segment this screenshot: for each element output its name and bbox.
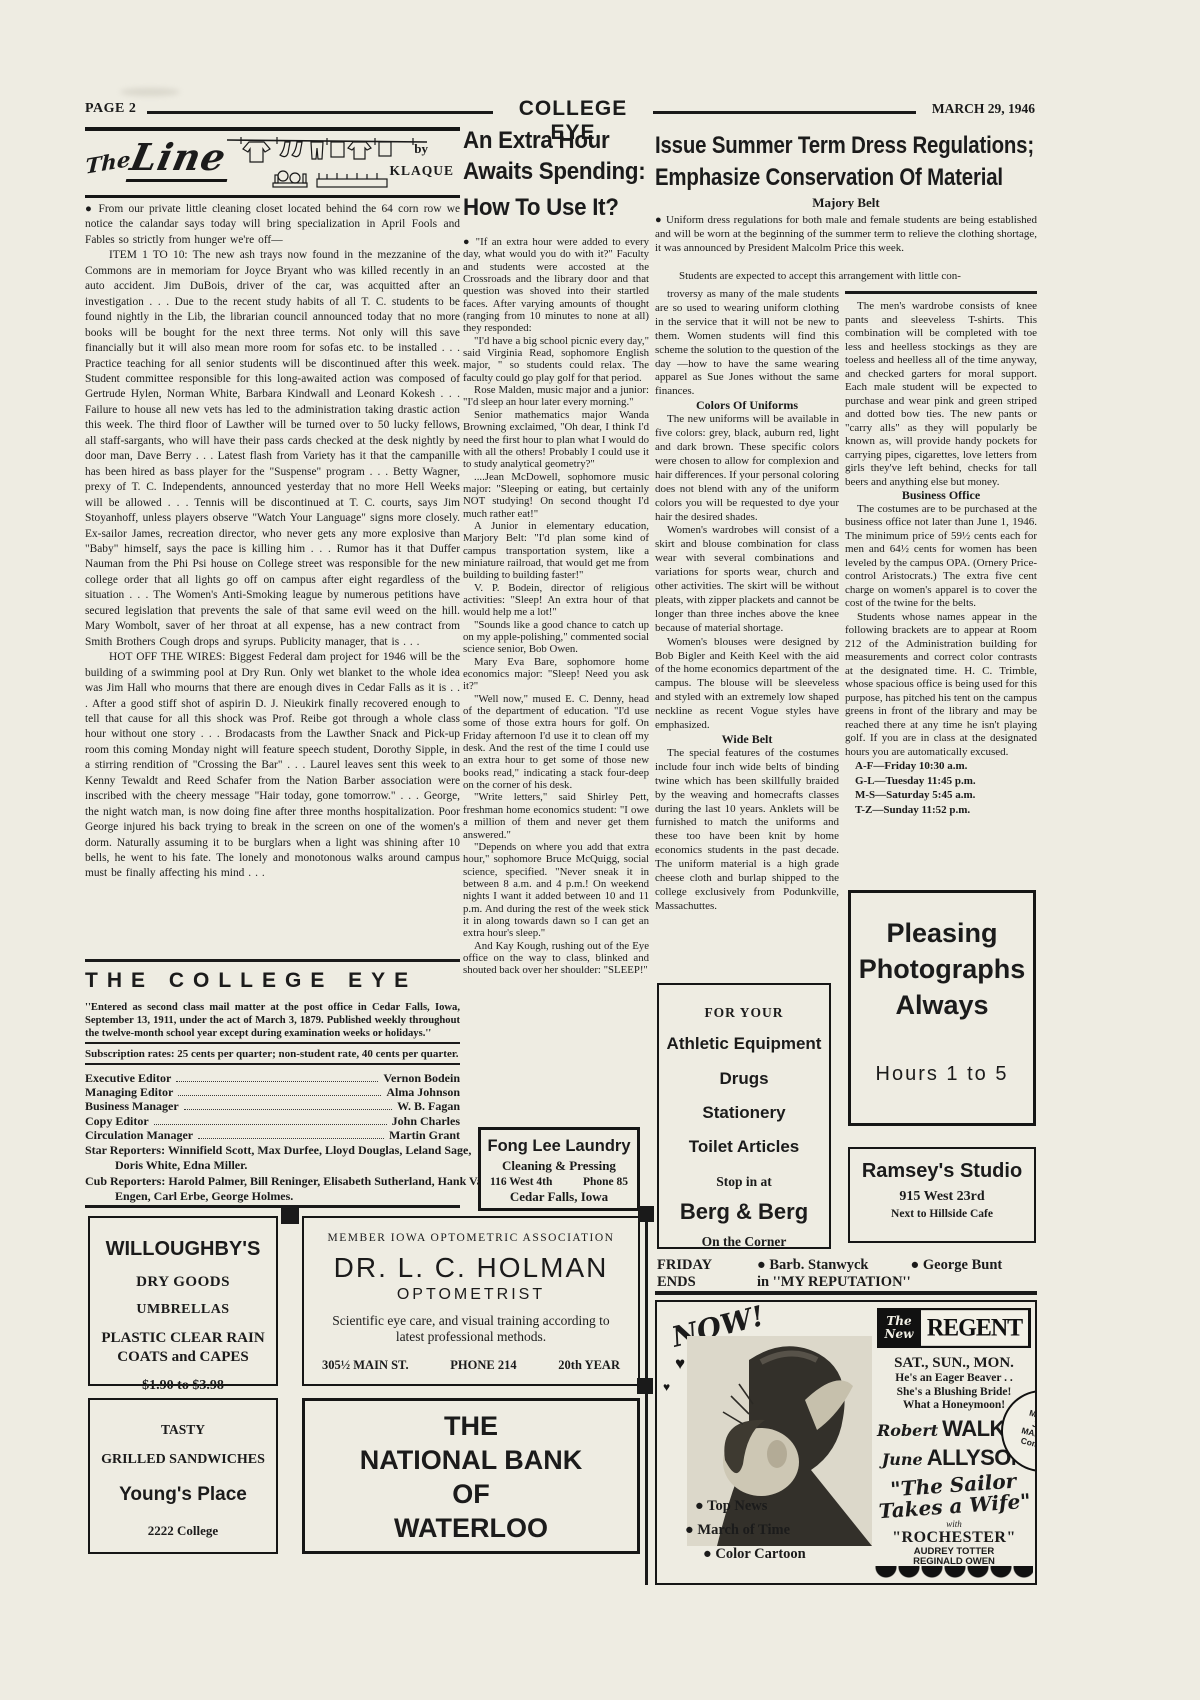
scan-smudge <box>120 88 180 96</box>
ad-line: OF <box>305 1477 637 1511</box>
newspaper-page: PAGE 2 COLLEGE EYE MARCH 29, 1946 TheLin… <box>0 0 1200 1700</box>
advertiser-name: Fong Lee Laundry <box>481 1137 637 1156</box>
cub-reporters: Cub Reporters: Harold Palmer, Bill Renin… <box>85 1174 490 1203</box>
ad-line: TASTY <box>90 1422 276 1438</box>
editor-name: Martin Grant <box>389 1128 460 1143</box>
theater-name: REGENT <box>921 1310 1028 1346</box>
ad-phone: PHONE 214 <box>450 1358 516 1373</box>
decorative-square <box>638 1206 654 1222</box>
article-paragraph: "Sounds like a good chance to catch up o… <box>463 619 649 656</box>
ad-item: Athletic Equipment <box>659 1034 829 1054</box>
headline-line: How To Use It? <box>463 192 654 223</box>
article-paragraph: A Junior in elementary education, Marjor… <box>463 520 649 582</box>
masthead-entered-notice: ''Entered as second class mail matter at… <box>85 1001 460 1040</box>
article-paragraph: "Depends on where you add that extra hou… <box>463 841 649 940</box>
ad-line: DRY GOODS <box>90 1274 276 1291</box>
byline-author: KLAQUE <box>389 163 454 179</box>
berg-and-berg-ad: FOR YOUR Athletic Equipment Drugs Statio… <box>657 983 831 1249</box>
fong-lee-laundry-ad: Fong Lee Laundry Cleaning & Pressing 116… <box>478 1127 640 1211</box>
listing-ends: ENDS <box>657 1274 757 1291</box>
ad-line: Stop in at <box>659 1174 829 1190</box>
article-paragraph: Rose Malden, music major and a junior: "… <box>463 384 649 409</box>
ad-line: WATERLOO <box>305 1511 637 1545</box>
editor-role: Executive Editor <box>85 1071 171 1086</box>
column-top-rule <box>845 291 1037 294</box>
article-paragraph: "Write letters," said Shirley Pett, fres… <box>463 791 649 840</box>
advertiser-name: Berg & Berg <box>659 1199 829 1225</box>
article-paragraph: The special features of the costumes inc… <box>655 747 839 914</box>
masthead-rule <box>85 959 460 962</box>
article-paragraph: The costumes are to be purchased at the … <box>845 503 1037 611</box>
editors-list: Executive EditorVernon Bodein Managing E… <box>85 1071 460 1142</box>
logo-word-the: The <box>85 146 131 178</box>
holman-ad: MEMBER IOWA OPTOMETRIC ASSOCIATION DR. L… <box>302 1216 640 1386</box>
advertiser-name: DR. L. C. HOLMAN <box>304 1252 638 1284</box>
heavy-divider-rule <box>655 1291 1037 1295</box>
the-line-logo: TheLine <box>82 135 236 179</box>
program-item: ● Top News <box>695 1498 806 1515</box>
ad-line: Photographs <box>851 951 1033 987</box>
ad-line: Pleasing <box>851 915 1033 951</box>
ad-line: THE <box>305 1409 637 1443</box>
ad-line: COATS and CAPES <box>90 1349 276 1366</box>
section-subhead: Business Office <box>845 489 1037 503</box>
teaser-line: He's an Eager Beaver . . <box>877 1372 1031 1386</box>
theater-listing-friday: FRIDAY ENDS ● Barb. Stanwyck● George Bun… <box>657 1257 1037 1290</box>
article-paragraph: Senior mathematics major Wanda Browning … <box>463 409 649 471</box>
masthead-title: THE COLLEGE EYE <box>85 969 465 993</box>
ad-association: MEMBER IOWA OPTOMETRIC ASSOCIATION <box>304 1232 638 1244</box>
article-lead: ● "If an extra hour were added to every … <box>463 236 649 335</box>
editor-name: Vernon Bodein <box>383 1071 460 1086</box>
article-paragraph: "Well now," mused E. C. Denny, head of t… <box>463 693 649 792</box>
the-line-banner: TheLine by KLAQUE <box>85 127 460 198</box>
editor-row: Executive EditorVernon Bodein <box>85 1071 460 1085</box>
masthead-divider <box>85 1063 460 1065</box>
ad-address: 2222 College <box>90 1523 276 1539</box>
ad-contact-row: 305½ MAIN ST. PHONE 214 20th YEAR <box>322 1358 620 1373</box>
article-paragraph: troversy as many of the male students ar… <box>655 288 839 399</box>
ad-address: 116 West 4th <box>490 1176 552 1188</box>
headline-line: Issue Summer Term Dress Regulations; <box>655 130 1038 162</box>
editor-row: Copy EditorJohn Charles <box>85 1114 460 1128</box>
extra-hour-headline: An Extra Hour Awaits Spending: How To Us… <box>463 125 654 223</box>
article-paragraph: Students whose names appear in the follo… <box>845 611 1037 760</box>
ad-phone: Phone 85 <box>583 1176 628 1188</box>
section-subhead: Wide Belt <box>655 733 839 747</box>
star-first-name: June <box>882 1450 923 1469</box>
pleasing-photographs-ad: Pleasing Photographs Always Hours 1 to 5 <box>848 890 1036 1126</box>
teaser-line: She's a Blushing Bride! <box>877 1386 1031 1400</box>
ad-years: 20th YEAR <box>558 1358 620 1373</box>
decorative-square <box>637 1378 653 1394</box>
program-item: ● Color Cartoon <box>703 1546 806 1563</box>
column-divider-line <box>645 1214 648 1585</box>
ad-line: Cleaning & Pressing <box>481 1158 637 1174</box>
ad-tagline: On the Corner <box>659 1234 829 1250</box>
fitting-schedule-line: A-F—Friday 10:30 a.m. <box>845 759 1037 774</box>
the-line-article: ● From our private little cleaning close… <box>85 202 460 957</box>
article-bridge-line: Students are expected to accept this arr… <box>655 270 1037 282</box>
willoughby-ad: WILLOUGHBY'S DRY GOODS UMBRELLAS PLASTIC… <box>88 1216 278 1386</box>
section-subhead: Colors Of Uniforms <box>655 399 839 413</box>
dotted-leader <box>154 1124 387 1125</box>
editor-role: Circulation Manager <box>85 1128 193 1143</box>
fitting-schedule-line: G-L—Tuesday 11:45 p.m. <box>845 774 1037 789</box>
logo-the-new: The New <box>877 1308 921 1348</box>
editor-role: Managing Editor <box>85 1085 173 1100</box>
masthead-divider <box>85 1042 460 1044</box>
dotted-leader <box>176 1081 378 1082</box>
article-paragraph: ITEM 1 TO 10: The new ash trays now foun… <box>85 248 460 650</box>
youngs-place-ad: TASTY GRILLED SANDWICHES Young's Place 2… <box>88 1398 278 1554</box>
logo-word: New <box>877 1328 921 1341</box>
ad-hours: Hours 1 to 5 <box>851 1063 1033 1086</box>
ad-contact-row: 116 West 4th Phone 85 <box>481 1174 637 1188</box>
program-item: ● March of Time <box>685 1522 806 1539</box>
article-paragraph: HOT OFF THE WIRES: Biggest Federal dam p… <box>85 650 460 882</box>
listing-stars: ● Barb. Stanwyck● George Bunt <box>757 1257 1002 1274</box>
national-bank-ad: THE NATIONAL BANK OF WATERLOO <box>302 1398 640 1554</box>
article-paragraph: Mary Eva Bare, sophomore home economics … <box>463 656 649 693</box>
fitting-schedule-line: T-Z—Sunday 11:52 p.m. <box>845 803 1037 818</box>
dress-article-left-column: troversy as many of the male students ar… <box>655 288 839 965</box>
page-number: PAGE 2 <box>85 101 136 117</box>
star-reporters: Star Reporters: Winnifield Scott, Max Du… <box>85 1143 490 1172</box>
regent-theater-ad: NOW! ♥ ♥ ♥ ♥ ♥ ● Top News● March of Time… <box>655 1300 1037 1585</box>
advertiser-name: Young's Place <box>90 1484 276 1506</box>
logo-word-line: Line <box>126 135 237 182</box>
editor-name: Alma Johnson <box>386 1085 460 1100</box>
ad-city: Cedar Falls, Iowa <box>481 1189 637 1205</box>
article-paragraph: Women's wardrobes will consist of a skir… <box>655 524 839 635</box>
headline-line: Awaits Spending: <box>463 156 654 187</box>
editor-role: Copy Editor <box>85 1114 149 1129</box>
dress-regulations-headline: Issue Summer Term Dress Regulations; Emp… <box>655 130 1038 194</box>
listing-day: FRIDAY <box>657 1257 757 1274</box>
masthead-bottom-rule <box>85 1205 460 1208</box>
editor-name: W. B. Fagan <box>397 1099 460 1114</box>
dotted-leader <box>184 1109 392 1110</box>
article-paragraph: V. P. Bodein, director of religious acti… <box>463 582 649 619</box>
article-paragraph: The new uniforms will be available in fi… <box>655 413 839 524</box>
ad-line: GRILLED SANDWICHES <box>90 1452 276 1468</box>
editor-name: John Charles <box>392 1114 460 1129</box>
article-lead: ● From our private little cleaning close… <box>85 202 460 248</box>
fitting-schedule-line: M-S—Saturday 5:45 a.m. <box>845 788 1037 803</box>
article-paragraph: Women's blouses were designed by Bob Big… <box>655 636 839 733</box>
movie-title: "The Sailor Takes a Wife" <box>876 1469 1033 1522</box>
ad-price: $1.90 to $3.98 <box>90 1378 276 1394</box>
star-name: ● George Bunt <box>910 1257 1002 1273</box>
ad-address: 915 West 23rd <box>850 1189 1034 1205</box>
ad-item: Drugs <box>659 1069 829 1089</box>
issue-date: MARCH 29, 1946 <box>900 101 1035 117</box>
ad-address: 305½ MAIN ST. <box>322 1358 409 1373</box>
headline-line: An Extra Hour <box>463 125 654 156</box>
listing-feature: ● Barb. Stanwyck● George Bunt in ''MY RE… <box>757 1257 1002 1290</box>
ad-intro: FOR YOUR <box>659 1005 829 1021</box>
ad-line: UMBRELLAS <box>90 1302 276 1318</box>
scalloped-border <box>875 1566 1033 1581</box>
headline-line: Emphasize Conservation Of Material <box>655 162 1038 194</box>
star-first-name: Robert <box>877 1421 938 1440</box>
advertiser-name: Ramsey's Studio <box>850 1160 1034 1183</box>
article-lead: ● Uniform dress regulations for both mal… <box>655 213 1037 255</box>
heart-icon: ♥ <box>663 1380 670 1395</box>
editor-row: Circulation ManagerMartin Grant <box>85 1128 460 1142</box>
show-days: SAT., SUN., MON. <box>877 1355 1031 1372</box>
editor-role: Business Manager <box>85 1099 179 1114</box>
dotted-leader <box>198 1138 384 1139</box>
extra-hour-article: ● "If an extra hour were added to every … <box>463 236 649 1116</box>
ad-line: Always <box>851 987 1033 1023</box>
featured-player: "ROCHESTER" <box>877 1529 1031 1547</box>
ramseys-studio-ad: Ramsey's Studio 915 West 23rd Next to Hi… <box>848 1147 1036 1243</box>
heart-icon: ♥ <box>675 1354 685 1374</box>
editor-row: Business ManagerW. B. Fagan <box>85 1099 460 1113</box>
star-name: ● Barb. Stanwyck <box>757 1257 868 1273</box>
article-paragraph: ....Jean McDowell, sophomore music major… <box>463 471 649 520</box>
header-rule-right <box>653 111 916 114</box>
header-rule-left <box>147 111 493 114</box>
dress-article-right-column: The men's wardrobe consists of knee pant… <box>845 300 1037 878</box>
decorative-square <box>281 1206 299 1224</box>
byline-by: by <box>414 141 428 157</box>
editor-row: Managing EditorAlma Johnson <box>85 1085 460 1099</box>
article-paragraph: And Kay Kough, rushing out of the Eye of… <box>463 940 649 977</box>
ad-tagline: Next to Hillside Cafe <box>850 1208 1034 1220</box>
ad-item: Stationery <box>659 1103 829 1123</box>
listing-days: FRIDAY ENDS <box>657 1257 757 1290</box>
program-bullets: ● Top News● March of Time● Color Cartoon <box>669 1498 806 1570</box>
ad-line: PLASTIC CLEAR RAIN <box>90 1330 276 1347</box>
article-paragraph: The men's wardrobe consists of knee pant… <box>845 300 1037 489</box>
ad-item: Toilet Articles <box>659 1137 829 1157</box>
theater-logo: The New REGENT <box>877 1308 1031 1348</box>
subscription-rates: Subscription rates: 25 cents per quarter… <box>85 1048 460 1060</box>
dotted-leader <box>178 1095 381 1096</box>
ad-profession: OPTOMETRIST <box>304 1286 638 1304</box>
ad-line: NATIONAL BANK <box>305 1443 637 1477</box>
movie-title: in ''MY REPUTATION'' <box>757 1274 1002 1291</box>
advertiser-name: WILLOUGHBY'S <box>90 1238 276 1261</box>
ad-body: Scientific eye care, and visual training… <box>326 1313 616 1345</box>
article-byline: Majory Belt <box>655 195 1037 211</box>
article-paragraph: "I'd have a big school picnic every day,… <box>463 335 649 384</box>
